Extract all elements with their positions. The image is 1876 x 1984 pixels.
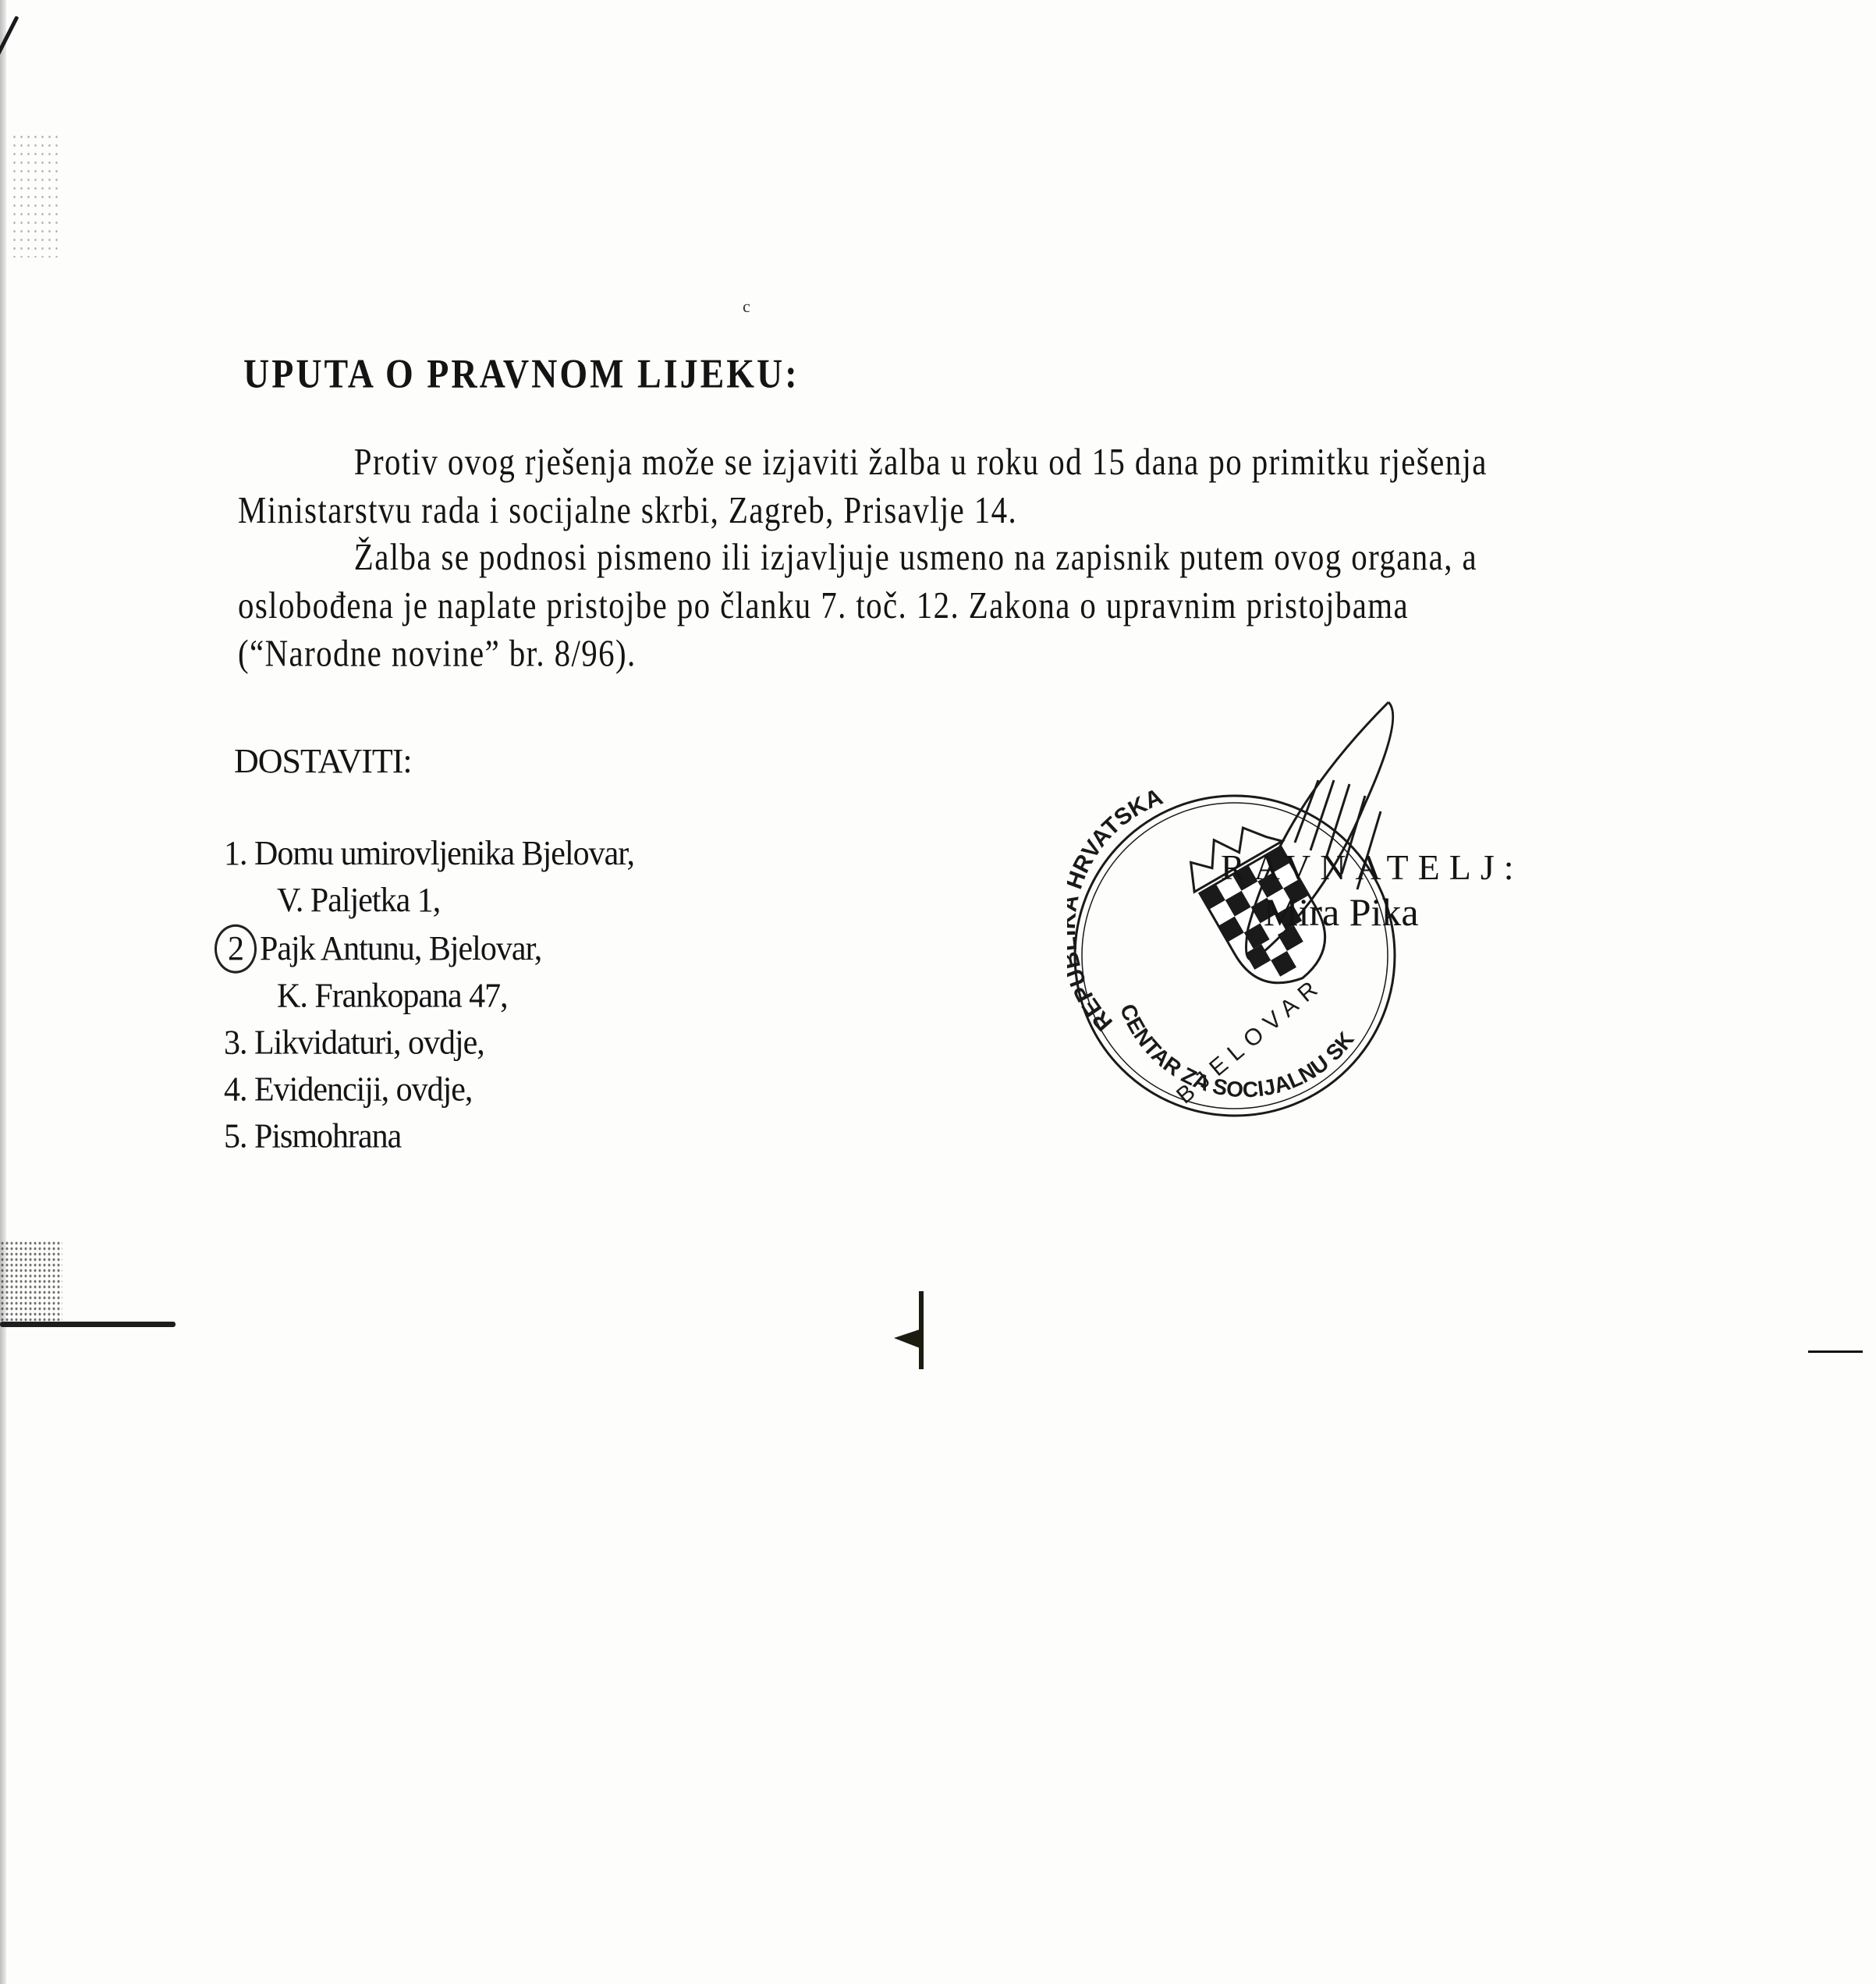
fold-dash-mark (1808, 1350, 1863, 1353)
recipient-number: 4. (224, 1071, 247, 1109)
recipient-item: 1. Domu umirovljenika Bjelovar, (224, 831, 634, 878)
recipient-list: 1. Domu umirovljenika Bjelovar, V. Palje… (224, 831, 634, 1160)
recipient-item: 2Pajk Antunu, Bjelovar, (224, 925, 634, 974)
recipient-number: 1. (224, 835, 247, 872)
recipient-item: 4. Evidenciji, ovdje, (224, 1067, 634, 1113)
section-heading: UPUTA O PRAVNOM LIJEKU: (243, 350, 800, 397)
recipient-name: Pismohrana (254, 1118, 401, 1155)
recipient-item: 5. Pismohrana (224, 1113, 634, 1160)
recipient-name: Domu umirovljenika Bjelovar, (254, 835, 634, 872)
signer-name: Mira Pika (1264, 889, 1419, 935)
circled-number: 2 (215, 925, 257, 974)
recipient-name: Pajk Antunu, Bjelovar, (260, 930, 541, 967)
stray-mark: c (743, 296, 750, 317)
paragraph-appeal-procedure: Žalba se podnosi pismeno ili izjavljuje … (238, 534, 1559, 678)
delivery-title: DOSTAVITI: (234, 741, 412, 781)
paragraph-appeal-deadline: Protiv ovog rješenja može se izjaviti ža… (238, 438, 1559, 534)
paragraph-text: Žalba se podnosi pismeno ili izjavljuje … (238, 534, 1559, 678)
recipient-name: Likvidaturi, ovdje, (254, 1024, 484, 1062)
scan-tear-mark (0, 1240, 179, 1334)
recipient-address: V. Paljetka 1, (224, 878, 634, 925)
scan-left-edge (0, 0, 6, 1984)
ink-blot (919, 1291, 924, 1369)
signer-title: RAVNATELJ: (1221, 846, 1523, 888)
paragraph-text: Protiv ovog rješenja može se izjaviti ža… (238, 438, 1559, 534)
recipient-address: K. Frankopana 47, (224, 974, 634, 1020)
recipient-number: 3. (224, 1024, 247, 1062)
scan-noise (11, 133, 58, 257)
recipient-item: 3. Likvidaturi, ovdje, (224, 1020, 634, 1067)
recipient-number: 5. (224, 1118, 247, 1155)
recipient-name: Evidenciji, ovdje, (254, 1071, 472, 1109)
